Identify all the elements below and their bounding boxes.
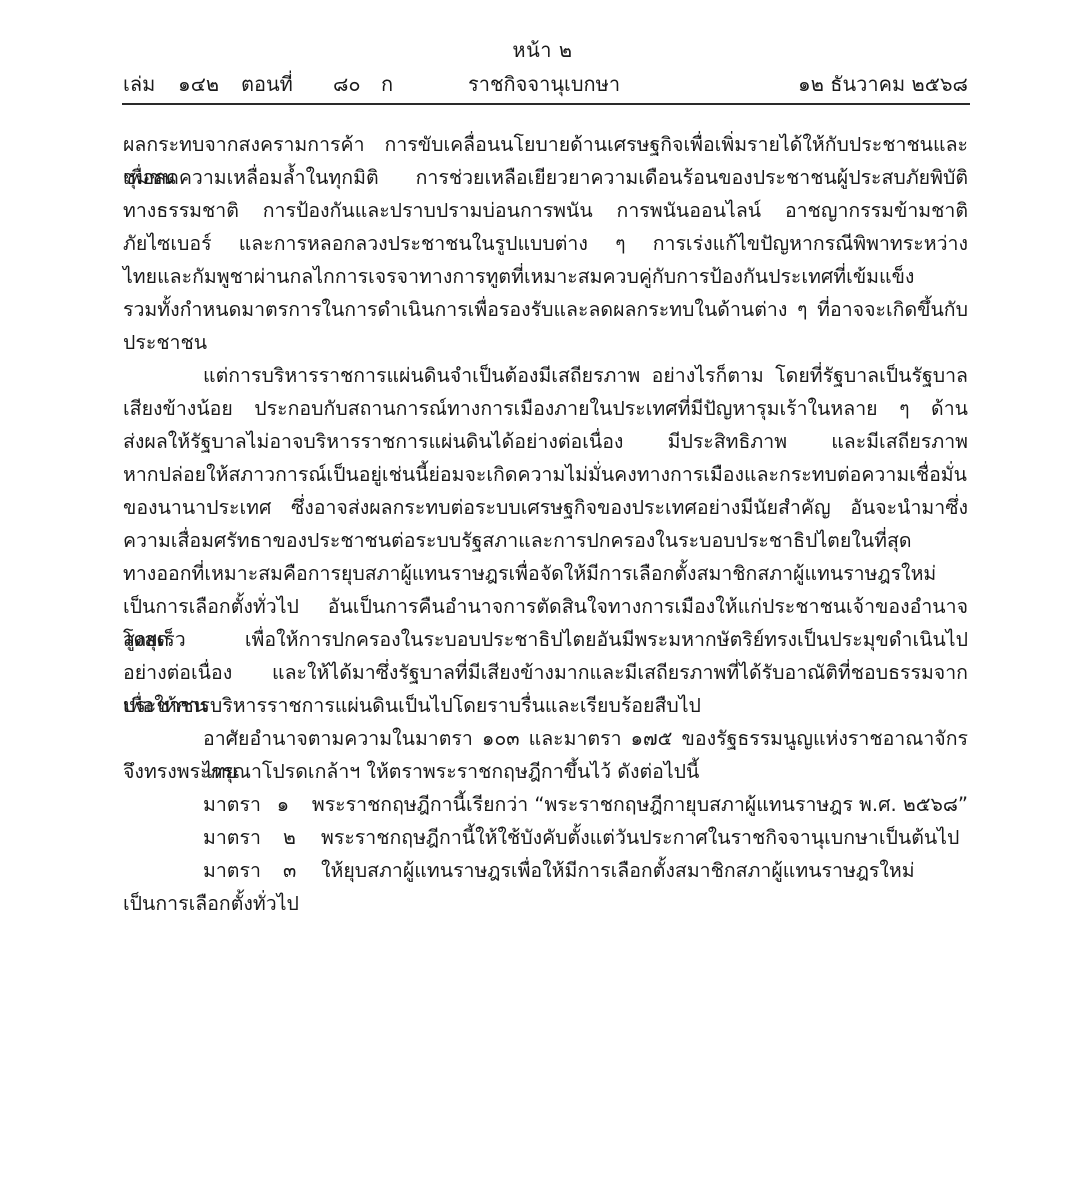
text-line: ทางออกที่เหมาะสมคือการยุบสภาผู้แทนราษฎรเ… <box>123 557 968 590</box>
section-text: พระราชกฤษฎีกานี้เรียกว่า “พระราชกฤษฎีกาย… <box>312 788 968 821</box>
section-2: มาตรา ๒ พระราชกฤษฎีกานี้ให้ใช้บังคับตั้ง… <box>123 821 968 854</box>
section-letter: ก <box>381 68 393 100</box>
section-number: ๒ <box>283 821 321 854</box>
text-line: โดยเร็ว เพื่อให้การปกครองในระบอบประชาธิป… <box>123 623 968 656</box>
paragraph-context: ผลกระทบจากสงครามการค้า การขับเคลื่อนนโยบ… <box>123 128 968 359</box>
section-number: ๓ <box>283 854 321 887</box>
text-line: ประชาชน <box>123 326 968 359</box>
volume-label: เล่ม <box>123 68 155 100</box>
text-line: ส่งผลให้รัฐบาลไม่อาจบริหารราชการแผ่นดินไ… <box>123 425 968 458</box>
section-number: ๑ <box>277 788 312 821</box>
section-text: ให้ยุบสภาผู้แทนราษฎรเพื่อให้มีการเลือกตั… <box>321 854 968 887</box>
text-line: ภัยไซเบอร์ และการหลอกลวงประชาชนในรูปแบบต… <box>123 227 968 260</box>
text-line: ผลกระทบจากสงครามการค้า การขับเคลื่อนนโยบ… <box>123 128 968 161</box>
section-label: มาตรา <box>203 854 283 887</box>
section-label: มาตรา <box>203 788 277 821</box>
text-line: อาศัยอำนาจตามความในมาตรา ๑๐๓ และมาตรา ๑๗… <box>123 722 968 755</box>
text-line: เพื่อให้การบริหารราชการแผ่นดินเป็นไปโดยร… <box>123 689 968 722</box>
paragraph-authority: อาศัยอำนาจตามความในมาตรา ๑๐๓ และมาตรา ๑๗… <box>123 722 968 788</box>
gazette-header: เล่ม ๑๔๒ ตอนที่ ๘๐ ก ราชกิจจานุเบกษา ๑๒ … <box>123 68 968 100</box>
section-1: มาตรา ๑ พระราชกฤษฎีกานี้เรียกว่า “พระราช… <box>123 788 968 821</box>
document-body: ผลกระทบจากสงครามการค้า การขับเคลื่อนนโยบ… <box>123 128 968 920</box>
publication-name: ราชกิจจานุเบกษา <box>468 68 620 100</box>
text-line: เสียงข้างน้อย ประกอบกับสถานการณ์ทางการเม… <box>123 392 968 425</box>
text-line: ทางธรรมชาติ การป้องกันและปราบปรามบ่อนการ… <box>123 194 968 227</box>
text-line: ไทยและกัมพูชาผ่านกลไกการเจรจาทางการทูตที… <box>123 260 968 293</box>
page-number: หน้า ๒ <box>0 34 1085 66</box>
text-line: เป็นการเลือกตั้งทั่วไป อันเป็นการคืนอำนา… <box>123 590 968 623</box>
section-3-continuation: เป็นการเลือกตั้งทั่วไป <box>123 887 968 920</box>
text-line: แต่การบริหารราชการแผ่นดินจำเป็นต้องมีเสถ… <box>123 359 968 392</box>
issue-number: ๘๐ <box>333 68 361 100</box>
text-line: รวมทั้งกำหนดมาตรการในการดำเนินการเพื่อรอ… <box>123 293 968 326</box>
section-label: มาตรา <box>203 821 283 854</box>
text-line: หากปล่อยให้สภาวการณ์เป็นอยู่เช่นนี้ย่อมจ… <box>123 458 968 491</box>
issue-label: ตอนที่ <box>241 68 293 100</box>
paragraph-rationale: แต่การบริหารราชการแผ่นดินจำเป็นต้องมีเสถ… <box>123 359 968 722</box>
text-line: จึงทรงพระกรุณาโปรดเกล้าฯ ให้ตราพระราชกฤษ… <box>123 755 968 788</box>
volume-number: ๑๔๒ <box>178 68 219 100</box>
text-line: อย่างต่อเนื่อง และให้ได้มาซึ่งรัฐบาลที่ม… <box>123 656 968 689</box>
section-text: พระราชกฤษฎีกานี้ให้ใช้บังคับตั้งแต่วันปร… <box>321 821 968 854</box>
text-line: เพื่อลดความเหลื่อมล้ำในทุกมิติ การช่วยเห… <box>123 161 968 194</box>
section-3: มาตรา ๓ ให้ยุบสภาผู้แทนราษฎรเพื่อให้มีกา… <box>123 854 968 887</box>
publication-date: ๑๒ ธันวาคม ๒๕๖๘ <box>798 68 968 100</box>
text-line: ความเสื่อมศรัทธาของประชาชนต่อระบบรัฐสภาแ… <box>123 524 968 557</box>
text-line: ของนานาประเทศ ซึ่งอาจส่งผลกระทบต่อระบบเศ… <box>123 491 968 524</box>
header-divider <box>122 103 970 105</box>
